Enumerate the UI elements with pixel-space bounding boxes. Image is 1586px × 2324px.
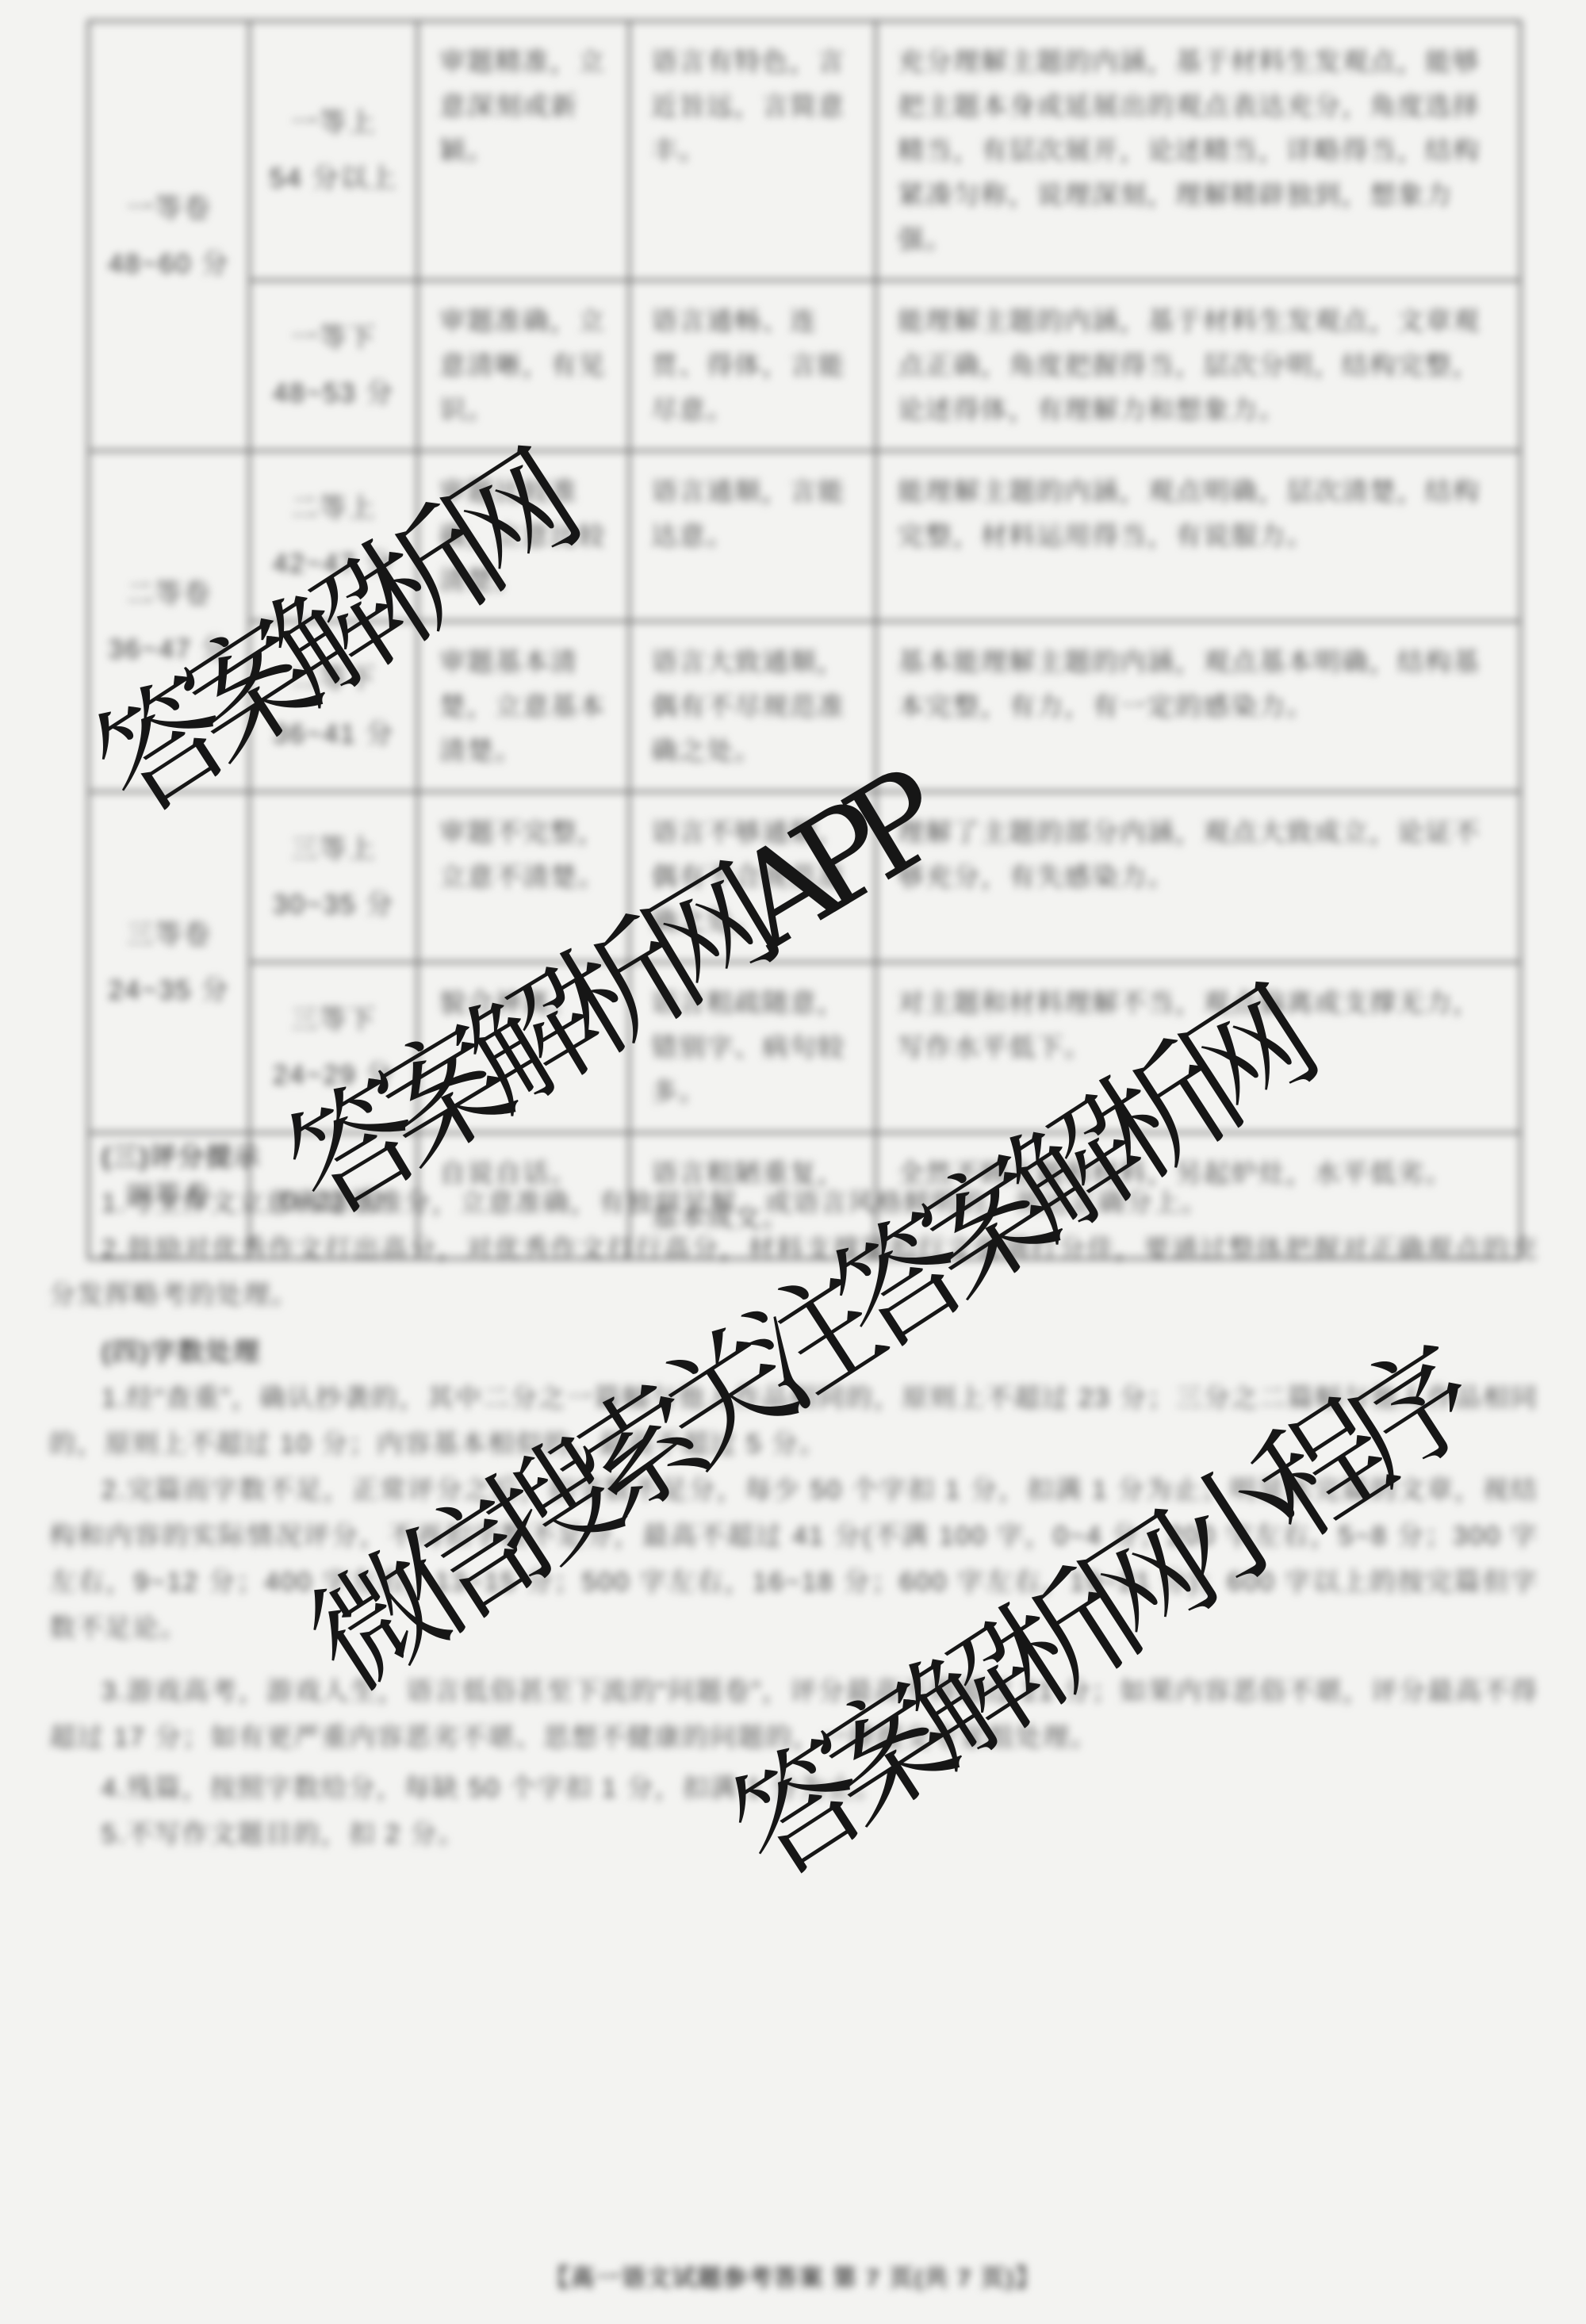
sub-grade-cell: 一等下 48~53 分 bbox=[250, 281, 418, 451]
comprehension-cell: 能理解主题的内涵，观点明确，层次清楚，结构完整，材料运用得当，有说服力。 bbox=[876, 451, 1521, 622]
language-cell: 语言通顺，言能达意。 bbox=[630, 451, 876, 622]
sub-label: 一等上 bbox=[255, 101, 412, 145]
sub-label: 三等上 bbox=[255, 827, 412, 871]
table-row: 一等下 48~53 分 审题准确，立意清晰，有见识。 语言通畅、连贯、得体，言能… bbox=[89, 281, 1521, 451]
sub-grade-cell: 一等上 54 分以上 bbox=[250, 21, 418, 281]
grade-band-cell: 三等卷 24~35 分 bbox=[89, 792, 250, 1133]
page-footer: 【高一语文试题参考答案 第 7 页(共 7 页)】 bbox=[0, 2258, 1586, 2293]
comprehension-cell: 基本能理解主题的内涵，观点基本明确，结构基本完整，有力，有一定的感染力。 bbox=[876, 622, 1521, 792]
ideation-cell: 审题精准，立意深刻或新颖。 bbox=[418, 21, 630, 281]
band-label: 三等卷 bbox=[94, 913, 243, 957]
band-range: 24~35 分 bbox=[94, 968, 243, 1013]
band-label: 一等卷 bbox=[94, 186, 243, 231]
table-row: 一等卷 48~60 分 一等上 54 分以上 审题精准，立意深刻或新颖。 语言有… bbox=[89, 21, 1521, 281]
ideation-cell: 审题准确，立意清晰，有见识。 bbox=[418, 281, 630, 451]
section-heading-scoring-tips: (三)评分提示 bbox=[49, 1134, 1538, 1180]
sub-label: 三等下 bbox=[255, 997, 412, 1042]
language-cell: 语言有特色，言近旨远，言简意丰。 bbox=[630, 21, 876, 281]
comprehension-cell: 充分理解主题的内涵，基于材料生发观点，能够把主题本身或延展出的观点表达充分，角度… bbox=[876, 21, 1521, 281]
band-range: 48~60 分 bbox=[94, 242, 243, 286]
sub-range: 54 分以上 bbox=[255, 156, 412, 201]
band-label: 二等卷 bbox=[94, 572, 243, 616]
comprehension-cell: 理解了主题的部分内涵，观点大致成立，论证不够充分，有失感染力。 bbox=[876, 792, 1521, 963]
sub-range: 30~35 分 bbox=[255, 883, 412, 927]
sub-grade-cell: 三等上 30~35 分 bbox=[250, 792, 418, 963]
sub-label: 一等下 bbox=[255, 316, 412, 360]
blurred-document-layer: 一等卷 48~60 分 一等上 54 分以上 审题精准，立意深刻或新颖。 语言有… bbox=[0, 0, 1586, 2324]
comprehension-cell: 能理解主题的内涵，基于材料生发观点，文章观点正确，角度把握得当，层次分明，结构完… bbox=[876, 281, 1521, 451]
language-cell: 语言通畅、连贯、得体，言能尽意。 bbox=[630, 281, 876, 451]
scanned-answer-page: { "colors": { "page_background": "#f3f3f… bbox=[0, 0, 1586, 2324]
grade-band-cell: 一等卷 48~60 分 bbox=[89, 21, 250, 451]
language-cell: 语言大致通顺，偶有不尽规范准确之处。 bbox=[630, 622, 876, 792]
note-paragraph: 1.考生作文立意确定基准分，立意准确，有独到见解，或语言风格鲜明的，须达正确分上… bbox=[49, 1180, 1538, 1226]
sub-range: 48~53 分 bbox=[255, 371, 412, 415]
